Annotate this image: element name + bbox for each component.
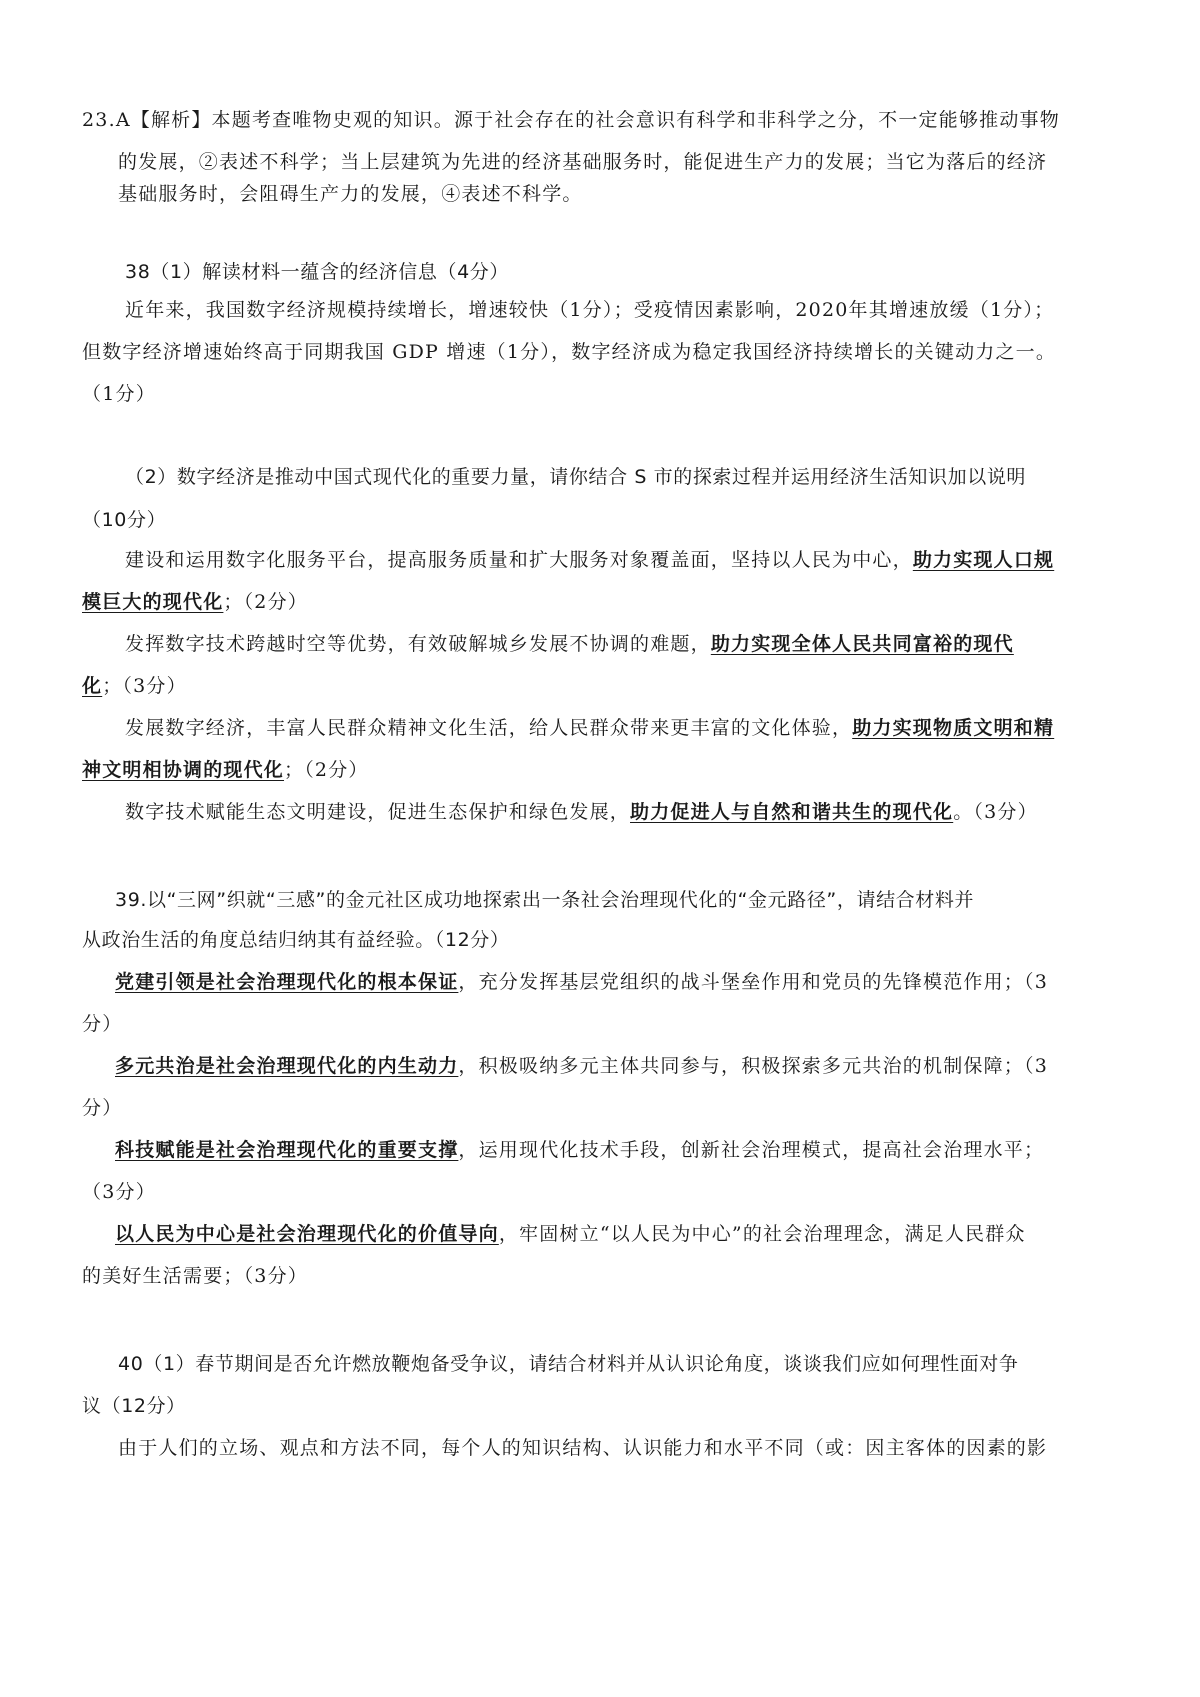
- point-key-phrase: 助力实现全体人民共同富裕的现代: [711, 633, 1014, 655]
- q39-heading-line-1: 39.以“三网”织就“三感”的金元社区成功地探索出一条社会治理现代化的“金元路径…: [115, 888, 974, 912]
- point-text: ，积极吸纳多元主体共同参与，积极探索多元共治的机制保障；（3: [458, 1055, 1048, 1077]
- q39-point-3-line-2: （3分）: [82, 1180, 156, 1204]
- point-score: 。（3分）: [953, 801, 1038, 823]
- q38-2-point-3-line-1: 发展数字经济，丰富人民群众精神文化生活，给人民群众带来更丰富的文化体验，助力实现…: [125, 716, 1054, 740]
- point-key-phrase: 助力实现物质文明和精: [852, 717, 1054, 739]
- q38-1-heading: 38（1）解读材料一蕴含的经济信息（4分）: [125, 260, 509, 284]
- q38-1-line-2: 但数字经济增速始终高于同期我国 GDP 增速（1分），数字经济成为稳定我国经济持…: [82, 340, 1056, 364]
- q40-1-line-1: 由于人们的立场、观点和方法不同，每个人的知识结构、认识能力和水平不同（或：因主客…: [118, 1436, 1047, 1460]
- point-text: 建设和运用数字化服务平台，提高服务质量和扩大服务对象覆盖面，坚持以人民为中心，: [125, 549, 913, 571]
- q39-point-4-line-2: 的美好生活需要；（3分）: [82, 1264, 308, 1288]
- point-text: ，牢固树立“以人民为中心”的社会治理理念，满足人民群众: [499, 1223, 1026, 1245]
- point-score: ；（2分）: [223, 591, 308, 613]
- point-text: ，充分发挥基层党组织的战斗堡垒作用和党员的先锋模范作用；（3: [458, 971, 1048, 993]
- q39-point-3-line-1: 科技赋能是社会治理现代化的重要支撑，运用现代化技术手段，创新社会治理模式，提高社…: [115, 1138, 1044, 1162]
- q38-1-line-3: （1分）: [82, 382, 156, 406]
- point-key-phrase: 以人民为中心是社会治理现代化的价值导向: [115, 1223, 499, 1245]
- point-key-phrase: 模巨大的现代化: [82, 591, 223, 613]
- point-text: 数字技术赋能生态文明建设，促进生态保护和绿色发展，: [125, 801, 630, 823]
- q38-1-line-1: 近年来，我国数字经济规模持续增长，增速较快（1分）；受疫情因素影响，2020年其…: [125, 298, 1054, 322]
- point-key-phrase: 多元共治是社会治理现代化的内生动力: [115, 1055, 458, 1077]
- q23-line-1: 23.A【解析】本题考查唯物史观的知识。源于社会存在的社会意识有科学和非科学之分…: [82, 108, 1060, 132]
- point-key-phrase: 神文明相协调的现代化: [82, 759, 284, 781]
- answer-key-page: 23.A【解析】本题考查唯物史观的知识。源于社会存在的社会意识有科学和非科学之分…: [0, 0, 1200, 1697]
- q39-point-1-line-1: 党建引领是社会治理现代化的根本保证，充分发挥基层党组织的战斗堡垒作用和党员的先锋…: [115, 970, 1048, 994]
- point-score: ；（2分）: [284, 759, 369, 781]
- point-text: 发展数字经济，丰富人民群众精神文化生活，给人民群众带来更丰富的文化体验，: [125, 717, 852, 739]
- q23-line-2: 的发展，②表述不科学；当上层建筑为先进的经济基础服务时，能促进生产力的发展；当它…: [118, 150, 1047, 174]
- point-text: 发挥数字技术跨越时空等优势，有效破解城乡发展不协调的难题，: [125, 633, 711, 655]
- q38-2-point-1-line-2: 模巨大的现代化；（2分）: [82, 590, 308, 614]
- point-key-phrase: 助力促进人与自然和谐共生的现代化: [630, 801, 953, 823]
- q38-2-heading-line-2: （10分）: [82, 508, 166, 532]
- q40-1-heading-line-2: 议（12分）: [82, 1394, 186, 1418]
- q23-line-3: 基础服务时，会阻碍生产力的发展，④表述不科学。: [118, 182, 583, 206]
- point-text: ，运用现代化技术手段，创新社会治理模式，提高社会治理水平；: [458, 1139, 1044, 1161]
- point-key-phrase: 化: [82, 675, 102, 697]
- q39-point-1-line-2: 分）: [82, 1012, 122, 1036]
- q40-1-heading-line-1: 40（1）春节期间是否允许燃放鞭炮备受争议，请结合材料并从认识论角度，谈谈我们应…: [118, 1352, 1018, 1376]
- point-score: ；（3分）: [102, 675, 187, 697]
- q38-2-heading-line-1: （2）数字经济是推动中国式现代化的重要力量，请你结合 S 市的探索过程并运用经济…: [125, 465, 1026, 489]
- point-key-phrase: 助力实现人口规: [913, 549, 1054, 571]
- q38-2-point-2-line-1: 发挥数字技术跨越时空等优势，有效破解城乡发展不协调的难题，助力实现全体人民共同富…: [125, 632, 1014, 656]
- q38-2-point-4-line-1: 数字技术赋能生态文明建设，促进生态保护和绿色发展，助力促进人与自然和谐共生的现代…: [125, 800, 1038, 824]
- q38-2-point-3-line-2: 神文明相协调的现代化；（2分）: [82, 758, 369, 782]
- q38-2-point-2-line-2: 化；（3分）: [82, 674, 187, 698]
- point-key-phrase: 党建引领是社会治理现代化的根本保证: [115, 971, 458, 993]
- q39-point-2-line-1: 多元共治是社会治理现代化的内生动力，积极吸纳多元主体共同参与，积极探索多元共治的…: [115, 1054, 1048, 1078]
- q39-point-2-line-2: 分）: [82, 1096, 122, 1120]
- q39-point-4-line-1: 以人民为中心是社会治理现代化的价值导向，牢固树立“以人民为中心”的社会治理理念，…: [115, 1222, 1026, 1246]
- q39-heading-line-2: 从政治生活的角度总结归纳其有益经验。（12分）: [82, 928, 509, 952]
- point-key-phrase: 科技赋能是社会治理现代化的重要支撑: [115, 1139, 458, 1161]
- q38-2-point-1-line-1: 建设和运用数字化服务平台，提高服务质量和扩大服务对象覆盖面，坚持以人民为中心，助…: [125, 548, 1054, 572]
